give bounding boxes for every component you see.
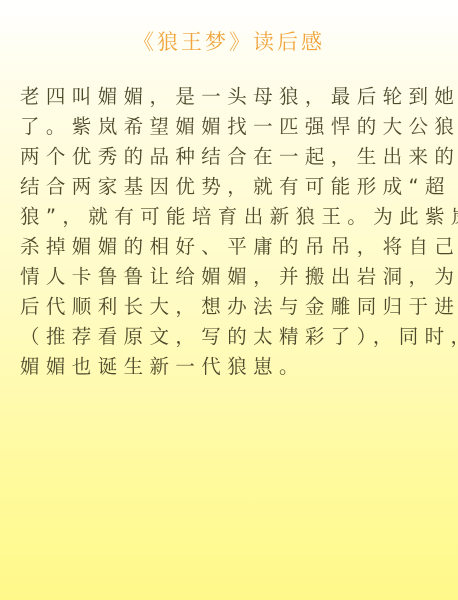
body-line-3: 两个优秀的品种结合在一起，生出来的狼 — [20, 142, 444, 172]
body-line-7: 情人卡鲁鲁让给媚媚，并搬出岩洞，为了 — [20, 262, 444, 292]
body-line-4: 结合两家基因优势，就有可能形成“超 — [20, 172, 444, 202]
body-line-10: 媚媚也诞生新一代狼崽。 — [20, 352, 444, 382]
body-line-6: 杀掉媚媚的相好、平庸的吊吊，将自己的 — [20, 232, 444, 262]
body-line-5: 狼”，就有可能培育出新狼王。为此紫岚 — [20, 202, 444, 232]
body-line-8: 后代顺利长大，想办法与金雕同归于进 — [20, 292, 444, 322]
article-body: 老四叫媚媚，是一头母狼，最后轮到她 了。紫岚希望媚媚找一匹强悍的大公狼， 两个优… — [20, 82, 444, 382]
article-title: 《狼王梦》读后感 — [0, 27, 458, 57]
body-line-9: （推荐看原文，写的太精彩了），同时， — [20, 322, 444, 352]
body-line-1: 老四叫媚媚，是一头母狼，最后轮到她 — [20, 82, 444, 112]
body-line-2: 了。紫岚希望媚媚找一匹强悍的大公狼， — [20, 112, 444, 142]
